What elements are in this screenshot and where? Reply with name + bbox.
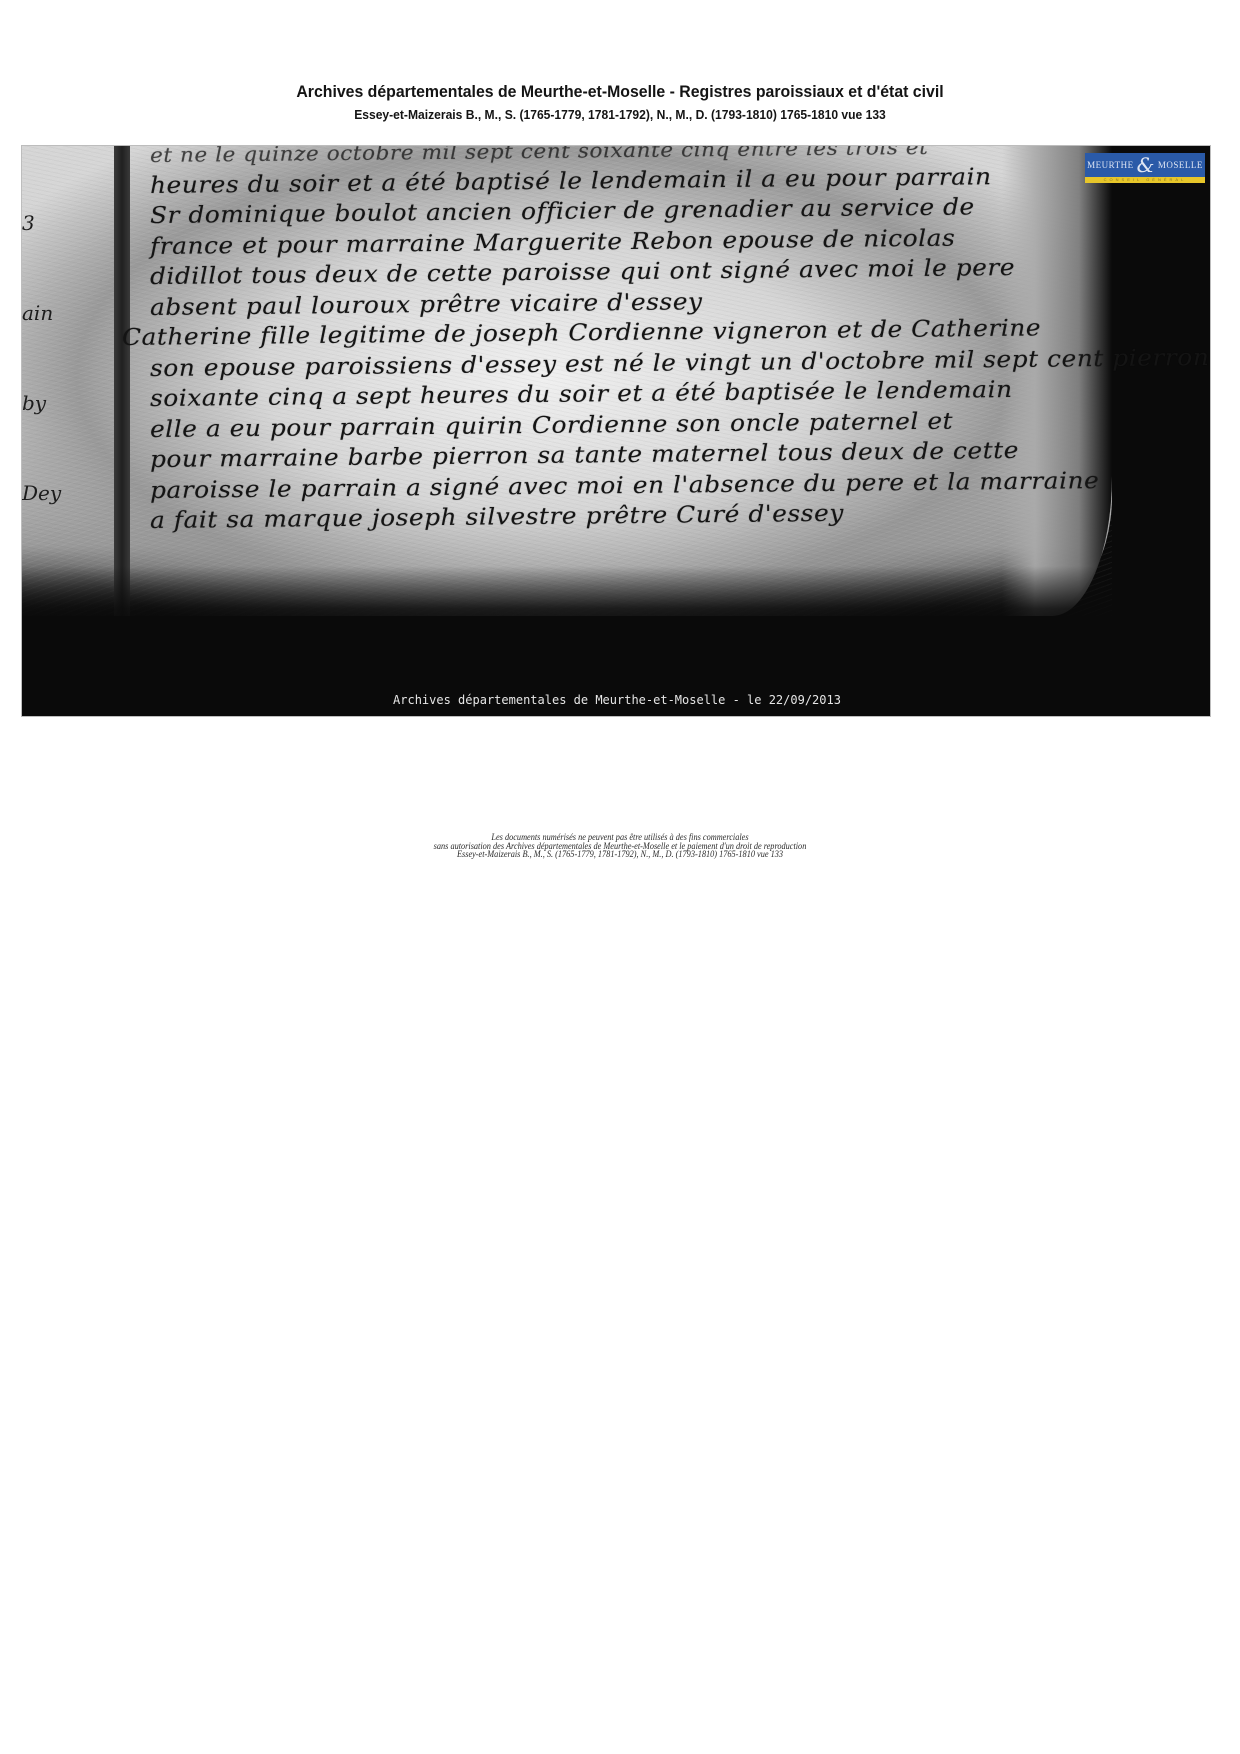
margin-note: 3	[22, 208, 112, 238]
archive-watermark: Archives départementales de Meurthe-et-M…	[22, 693, 1211, 707]
logo-tagline: CONSEIL GÉNÉRAL	[1085, 177, 1205, 183]
usage-notice-line: Essey-et-Maizerais B., M., S. (1765-1779…	[50, 850, 1191, 859]
margin-note: by	[22, 388, 112, 418]
margin-note: Dey	[22, 478, 112, 508]
logo-right-word: MOSELLE	[1158, 160, 1203, 170]
ampersand-icon: &	[1137, 155, 1155, 175]
usage-notice: Les documents numérisés ne peuvent pas ê…	[0, 833, 1240, 859]
logo-left-word: MEURTHE	[1087, 160, 1133, 170]
document-subtitle: Essey-et-Maizerais B., M., S. (1765-1779…	[43, 107, 1196, 122]
handwritten-entry: et ne le quinze octobre mil sept cent so…	[150, 145, 1030, 537]
binding-gutter	[114, 146, 130, 616]
register-scan-image: 3 ain by Dey françoij Danne Edin tin et …	[21, 145, 1211, 717]
margin-note: ain	[22, 298, 112, 328]
document-title: Archives départementales de Meurthe-et-M…	[25, 83, 1215, 102]
meurthe-et-moselle-logo: MEURTHE & MOSELLE CONSEIL GÉNÉRAL	[1085, 153, 1205, 184]
logo-blue-band: MEURTHE & MOSELLE	[1085, 153, 1205, 177]
